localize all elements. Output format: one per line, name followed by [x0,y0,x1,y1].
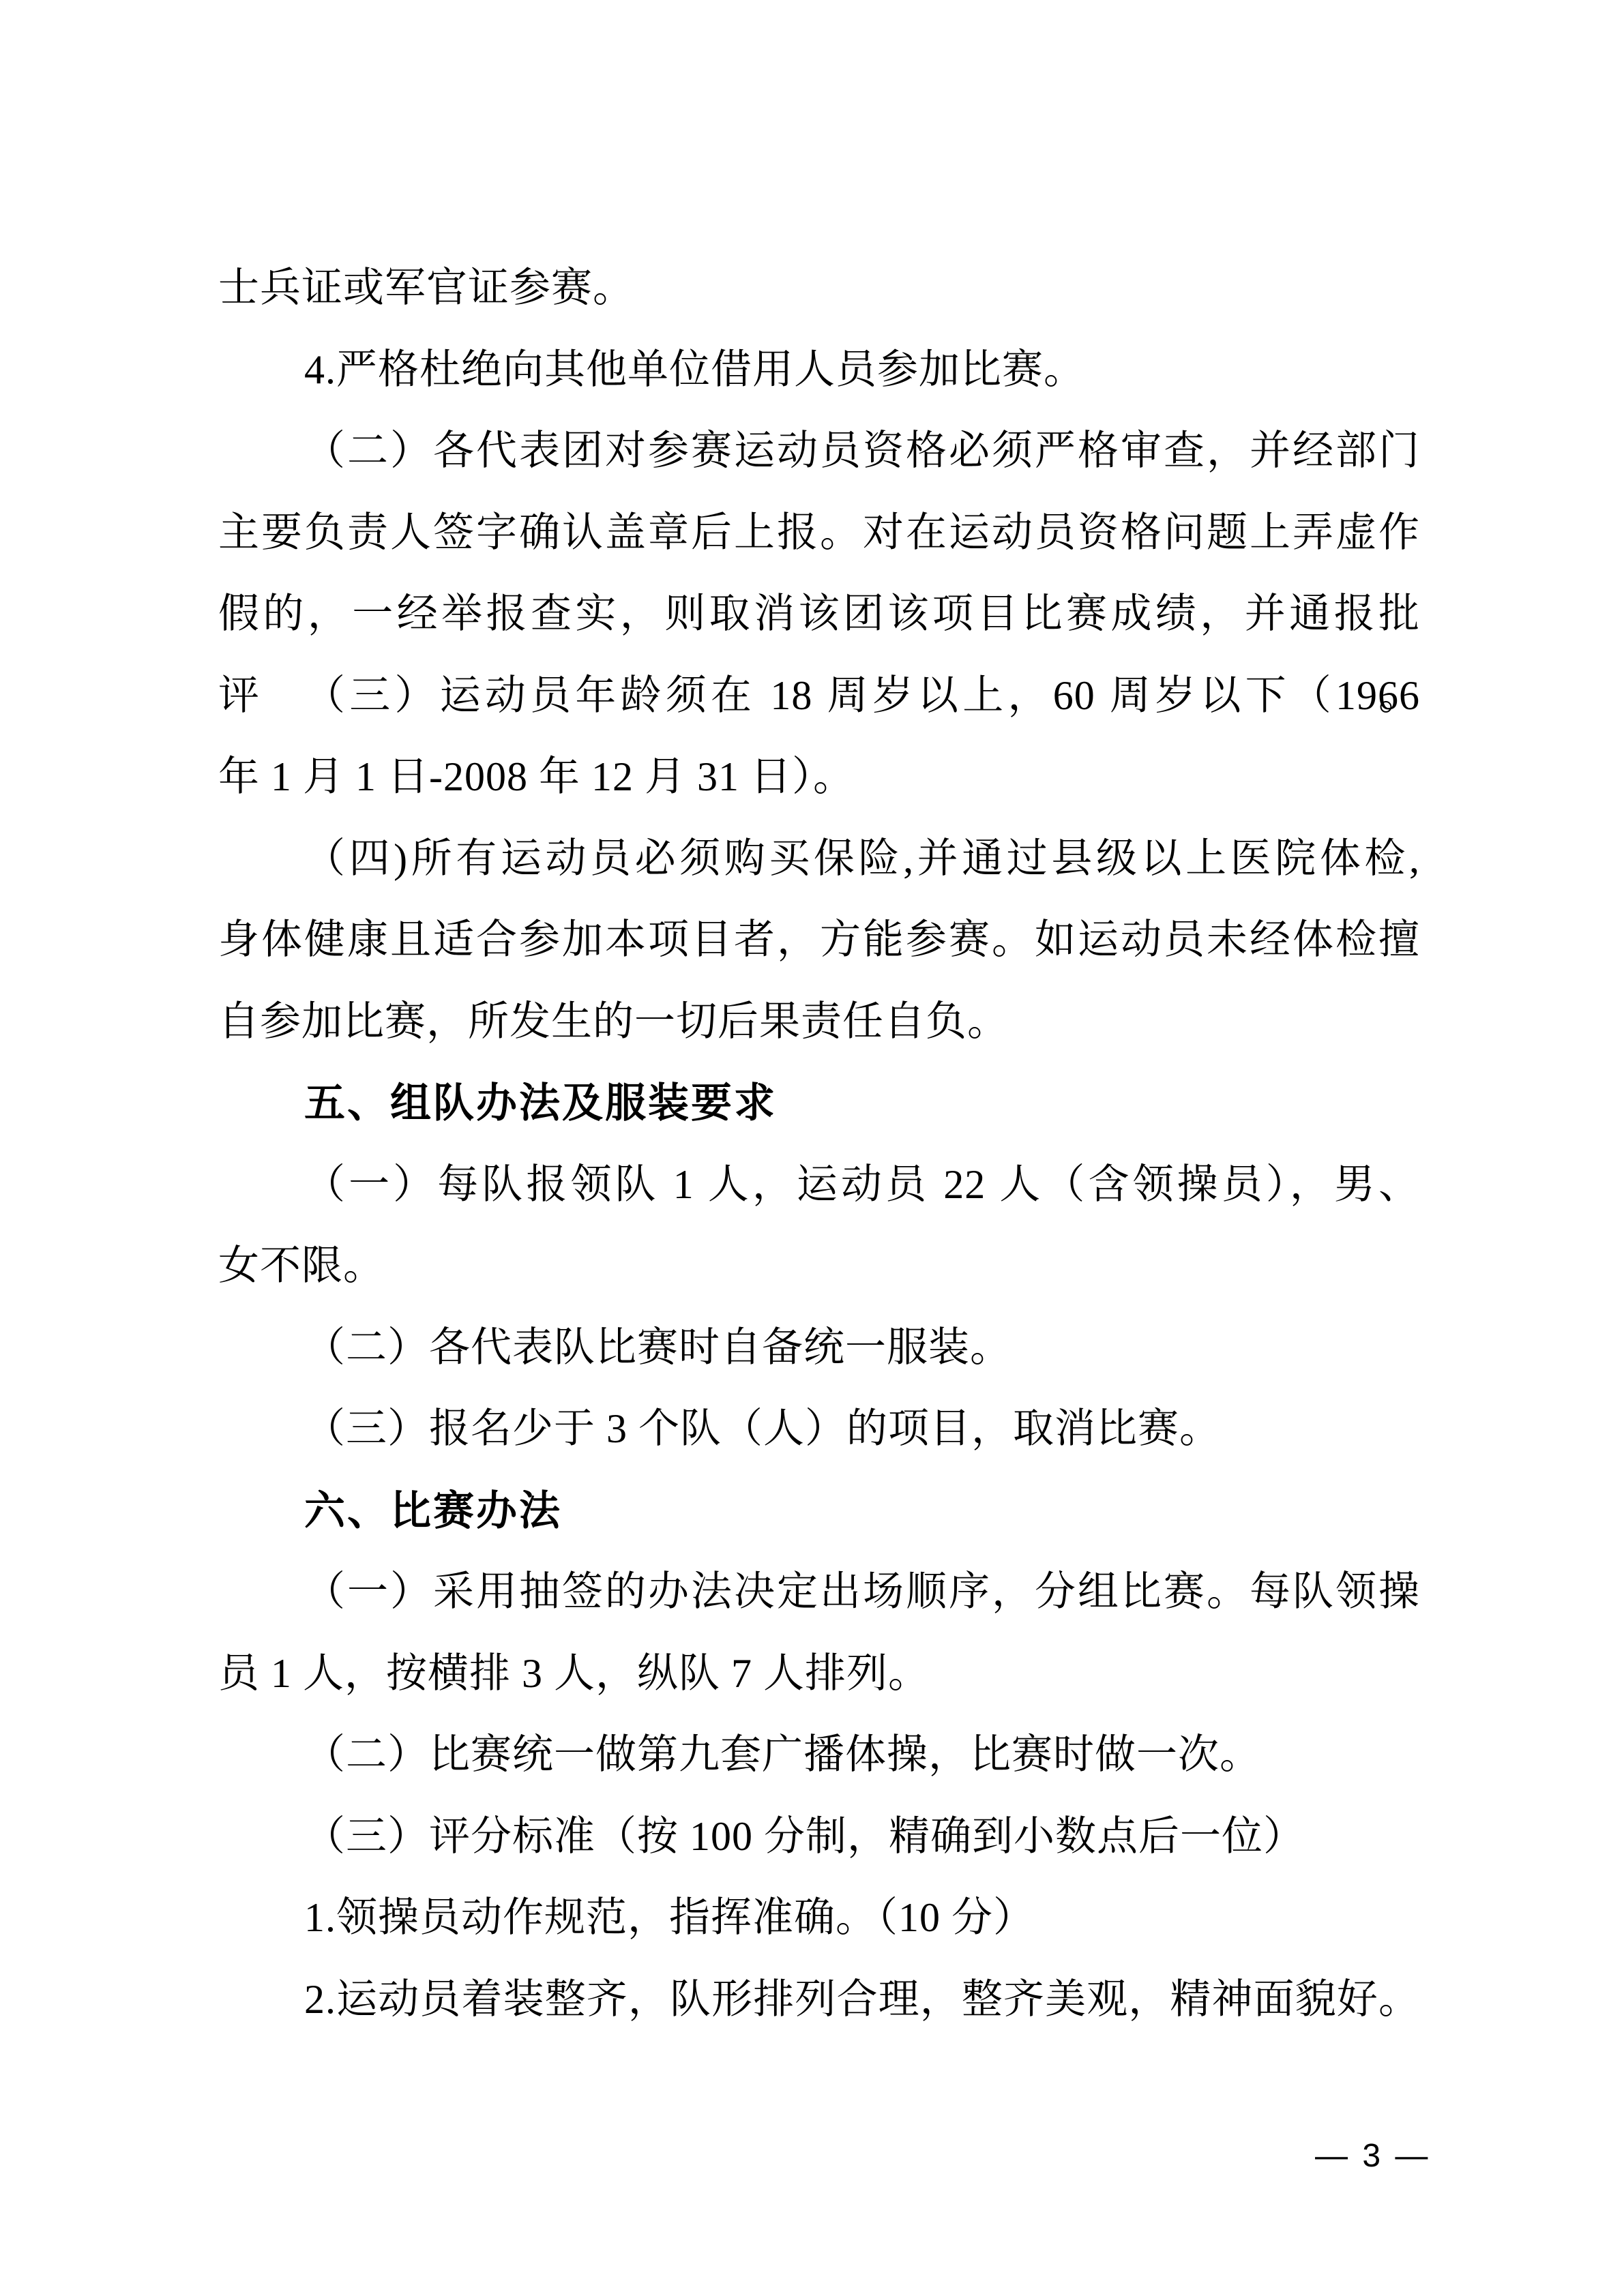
text-line: 1.领操员动作规范，指挥准确。（10 分） [218,1877,1420,1959]
text-line: 员 1 人，按横排 3 人，纵队 7 人排列。 [218,1633,1420,1715]
text-line: 主要负责人签字确认盖章后上报。对在运动员资格问题上弄虚作 [218,492,1420,574]
text-line: （三）评分标准（按 100 分制，精确到小数点后一位） [218,1796,1420,1878]
text-line: （二）比赛统一做第九套广播体操，比赛时做一次。 [218,1714,1420,1796]
text-line: （一）采用抽签的办法决定出场顺序，分组比赛。每队领操 [218,1551,1420,1633]
text-line: 4.严格杜绝向其他单位借用人员参加比赛。 [218,329,1420,411]
text-line: （一）每队报领队 1 人，运动员 22 人（含领操员），男、 [218,1144,1420,1226]
text-line: （三）运动员年龄须在 18 周岁以上，60 周岁以下（1966 [218,655,1420,737]
text-line: 士兵证或军官证参赛。 [218,248,1420,329]
page-number: — 3 — [1315,2136,1430,2177]
text-line: （二）各代表团对参赛运动员资格必须严格审查，并经部门 [218,411,1420,492]
text-line: 2.运动员着装整齐，队形排列合理，整齐美观，精神面貌好。 [218,1959,1420,2041]
text-line: （二）各代表队比赛时自备统一服装。 [218,1307,1420,1389]
text-line: 年 1 月 1 日-2008 年 12 月 31 日）。 [218,736,1420,818]
text-line: （三）报名少于 3 个队（人）的项目，取消比赛。 [218,1388,1420,1470]
document-page: 士兵证或军官证参赛。4.严格杜绝向其他单位借用人员参加比赛。（二）各代表团对参赛… [0,0,1624,2296]
section-heading: 五、组队办法及服装要求 [218,1062,1420,1144]
text-line: （四)所有运动员必须购买保险,并通过县级以上医院体检, [218,818,1420,900]
text-line: 女不限。 [218,1225,1420,1307]
section-heading: 六、比赛办法 [218,1470,1420,1552]
text-line: 身体健康且适合参加本项目者，方能参赛。如运动员未经体检擅 [218,899,1420,981]
document-body: 士兵证或军官证参赛。4.严格杜绝向其他单位借用人员参加比赛。（二）各代表团对参赛… [218,248,1420,2040]
text-line: 自参加比赛，所发生的一切后果责任自负。 [218,981,1420,1063]
text-line: 假的，一经举报查实，则取消该团该项目比赛成绩，并通报批评。 [218,573,1420,655]
